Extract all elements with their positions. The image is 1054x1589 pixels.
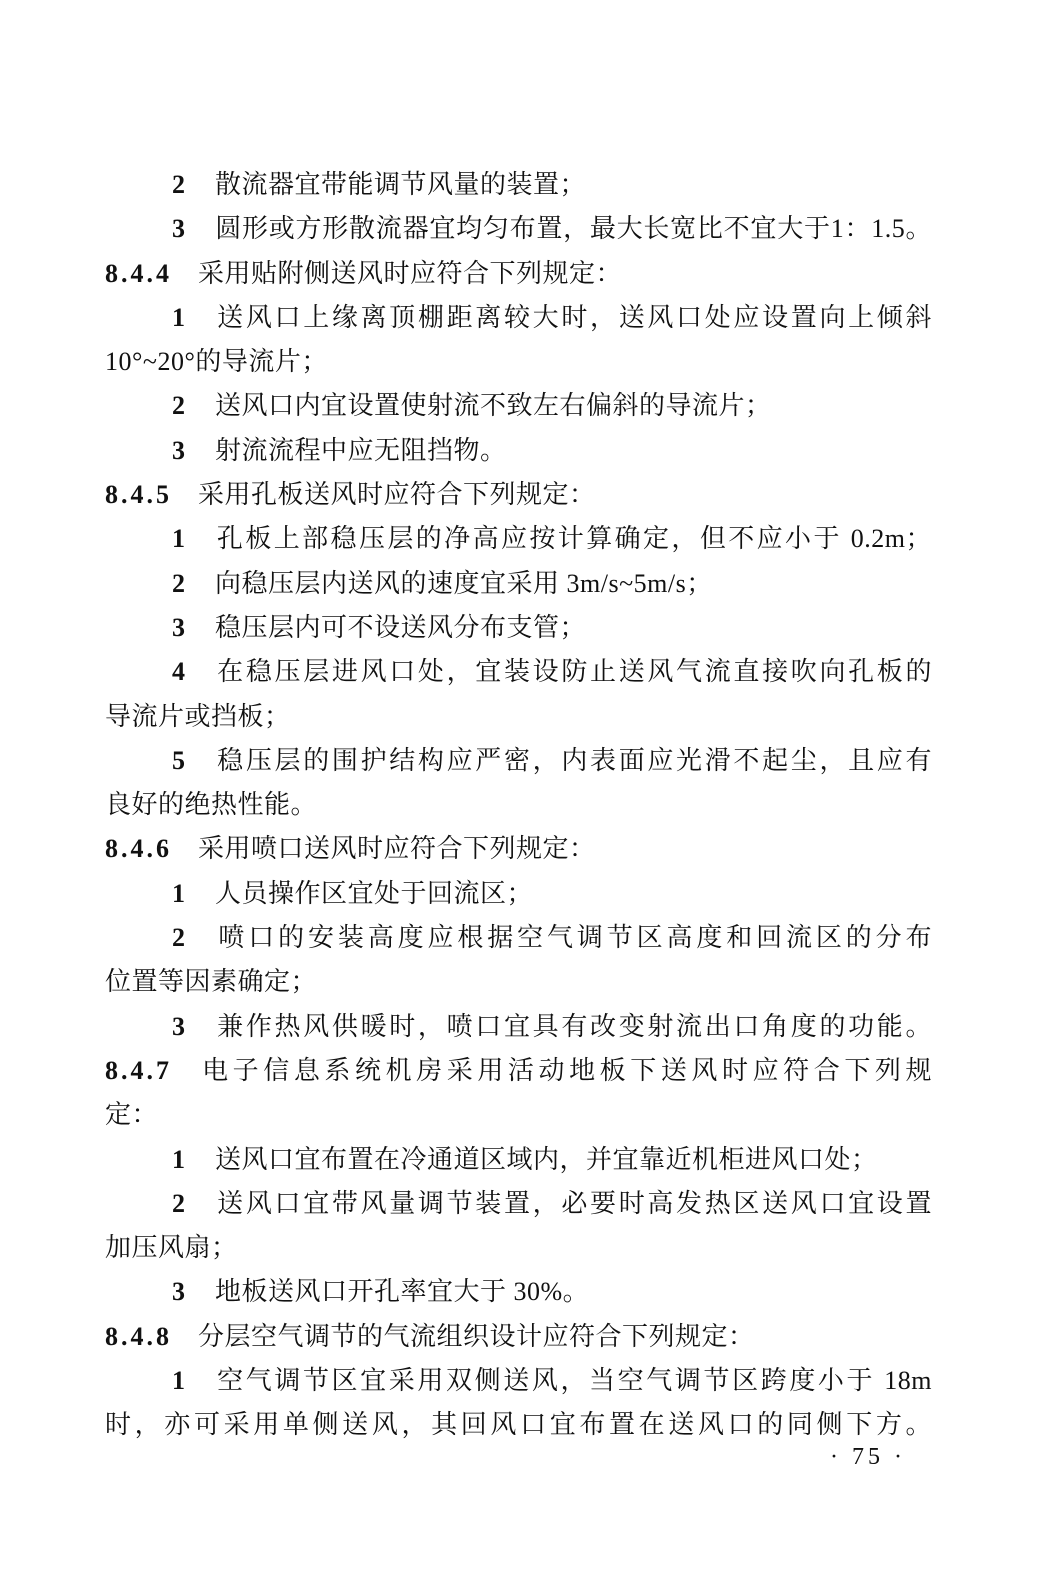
line-text: 射流流程中应无阻挡物。 (215, 436, 507, 465)
text-line: 3射流流程中应无阻挡物。 (105, 429, 932, 473)
line-text: 电子信息系统机房采用活动地板下送风时应符合下列规 (198, 1056, 932, 1085)
line-text: 采用喷口送风时应符合下列规定： (198, 834, 596, 863)
clause-number: 3 (172, 613, 186, 642)
line-text: 圆形或方形散流器宜均匀布置，最大长宽比不宜大于1：1.5。 (215, 214, 932, 243)
clause-number: 4 (172, 657, 186, 686)
line-text: 良好的绝热性能。 (105, 790, 317, 819)
text-line: 3圆形或方形散流器宜均匀布置，最大长宽比不宜大于1：1.5。 (105, 207, 932, 251)
text-line: 1孔板上部稳压层的净高应按计算确定，但不应小于 0.2m； (105, 517, 932, 561)
line-text: 送风口上缘离顶棚距离较大时，送风口处应设置向上倾斜 (215, 303, 932, 332)
text-line: 1送风口上缘离顶棚距离较大时，送风口处应设置向上倾斜 (105, 296, 932, 340)
line-text: 位置等因素确定； (105, 967, 317, 996)
line-text: 时，亦可采用单侧送风，其回风口宜布置在送风口的同侧下方。 (105, 1410, 932, 1439)
clause-number: 1 (172, 879, 186, 908)
line-text: 散流器宜带能调节风量的装置； (215, 170, 586, 199)
line-text: 送风口宜带风量调节装置，必要时高发热区送风口宜设置 (215, 1189, 932, 1218)
text-line: 2送风口内宜设置使射流不致左右偏斜的导流片； (105, 384, 932, 428)
clause-number: 1 (172, 524, 186, 553)
line-text: 向稳压层内送风的速度宜采用 3m/s~5m/s； (215, 569, 713, 598)
text-line: 位置等因素确定； (105, 960, 932, 1004)
line-text: 送风口内宜设置使射流不致左右偏斜的导流片； (215, 391, 772, 420)
clause-number: 3 (172, 436, 186, 465)
clause-number: 3 (172, 214, 186, 243)
text-line: 1人员操作区宜处于回流区； (105, 872, 932, 916)
line-text: 采用孔板送风时应符合下列规定： (198, 480, 596, 509)
clause-number: 8.4.6 (105, 834, 172, 863)
text-line: 1送风口宜布置在冷通道区域内，并宜靠近机柜进风口处； (105, 1138, 932, 1182)
section-heading: 8.4.4采用贴附侧送风时应符合下列规定： (105, 252, 932, 296)
text-block: 2散流器宜带能调节风量的装置；3圆形或方形散流器宜均匀布置，最大长宽比不宜大于1… (105, 163, 932, 1448)
text-line: 3兼作热风供暖时，喷口宜具有改变射流出口角度的功能。 (105, 1005, 932, 1049)
line-text: 导流片或挡板； (105, 702, 291, 731)
text-line: 3稳压层内可不设送风分布支管； (105, 606, 932, 650)
text-line: 良好的绝热性能。 (105, 783, 932, 827)
text-line: 加压风扇； (105, 1226, 932, 1270)
text-line: 10°~20°的导流片； (105, 340, 932, 384)
line-text: 孔板上部稳压层的净高应按计算确定，但不应小于 0.2m； (215, 524, 932, 553)
section-heading: 8.4.7电子信息系统机房采用活动地板下送风时应符合下列规 (105, 1049, 932, 1093)
clause-number: 8.4.5 (105, 480, 172, 509)
line-text: 地板送风口开孔率宜大于 30%。 (215, 1277, 589, 1306)
line-text: 采用贴附侧送风时应符合下列规定： (198, 259, 622, 288)
clause-number: 8.4.8 (105, 1322, 172, 1351)
line-text: 在稳压层进风口处，宜装设防止送风气流直接吹向孔板的 (215, 657, 932, 686)
text-line: 2散流器宜带能调节风量的装置； (105, 163, 932, 207)
clause-number: 2 (172, 923, 186, 952)
text-line: 3地板送风口开孔率宜大于 30%。 (105, 1270, 932, 1314)
clause-number: 1 (172, 303, 186, 332)
document-page: 2散流器宜带能调节风量的装置；3圆形或方形散流器宜均匀布置，最大长宽比不宜大于1… (0, 0, 1054, 1589)
line-text: 空气调节区宜采用双侧送风，当空气调节区跨度小于 18m (215, 1366, 932, 1395)
page-number: · 75 · (105, 1442, 932, 1472)
section-heading: 8.4.6采用喷口送风时应符合下列规定： (105, 827, 932, 871)
section-heading: 8.4.5采用孔板送风时应符合下列规定： (105, 473, 932, 517)
line-text: 定： (105, 1100, 158, 1129)
line-text: 送风口宜布置在冷通道区域内，并宜靠近机柜进风口处； (215, 1145, 878, 1174)
clause-number: 2 (172, 391, 186, 420)
text-line: 2向稳压层内送风的速度宜采用 3m/s~5m/s； (105, 562, 932, 606)
text-line: 4在稳压层进风口处，宜装设防止送风气流直接吹向孔板的 (105, 650, 932, 694)
text-line: 导流片或挡板； (105, 695, 932, 739)
clause-number: 1 (172, 1366, 186, 1395)
text-line: 5稳压层的围护结构应严密，内表面应光滑不起尘，且应有 (105, 739, 932, 783)
clause-number: 2 (172, 1189, 186, 1218)
text-line: 1空气调节区宜采用双侧送风，当空气调节区跨度小于 18m (105, 1359, 932, 1403)
line-text: 喷口的安装高度应根据空气调节区高度和回流区的分布 (215, 923, 932, 952)
clause-number: 2 (172, 170, 186, 199)
clause-number: 8.4.7 (105, 1056, 172, 1085)
text-line: 2送风口宜带风量调节装置，必要时高发热区送风口宜设置 (105, 1182, 932, 1226)
text-line: 定： (105, 1093, 932, 1137)
clause-number: 3 (172, 1277, 186, 1306)
line-text: 人员操作区宜处于回流区； (215, 879, 533, 908)
text-line: 时，亦可采用单侧送风，其回风口宜布置在送风口的同侧下方。 (105, 1403, 932, 1447)
clause-number: 2 (172, 569, 186, 598)
text-line: 2喷口的安装高度应根据空气调节区高度和回流区的分布 (105, 916, 932, 960)
section-heading: 8.4.8分层空气调节的气流组织设计应符合下列规定： (105, 1315, 932, 1359)
line-text: 稳压层内可不设送风分布支管； (215, 613, 586, 642)
clause-number: 3 (172, 1012, 186, 1041)
clause-number: 1 (172, 1145, 186, 1174)
clause-number: 8.4.4 (105, 259, 172, 288)
line-text: 分层空气调节的气流组织设计应符合下列规定： (198, 1322, 755, 1351)
line-text: 稳压层的围护结构应严密，内表面应光滑不起尘，且应有 (215, 746, 932, 775)
line-text: 10°~20°的导流片； (105, 347, 328, 376)
line-text: 加压风扇； (105, 1233, 238, 1262)
line-text: 兼作热风供暖时，喷口宜具有改变射流出口角度的功能。 (215, 1012, 932, 1041)
clause-number: 5 (172, 746, 186, 775)
